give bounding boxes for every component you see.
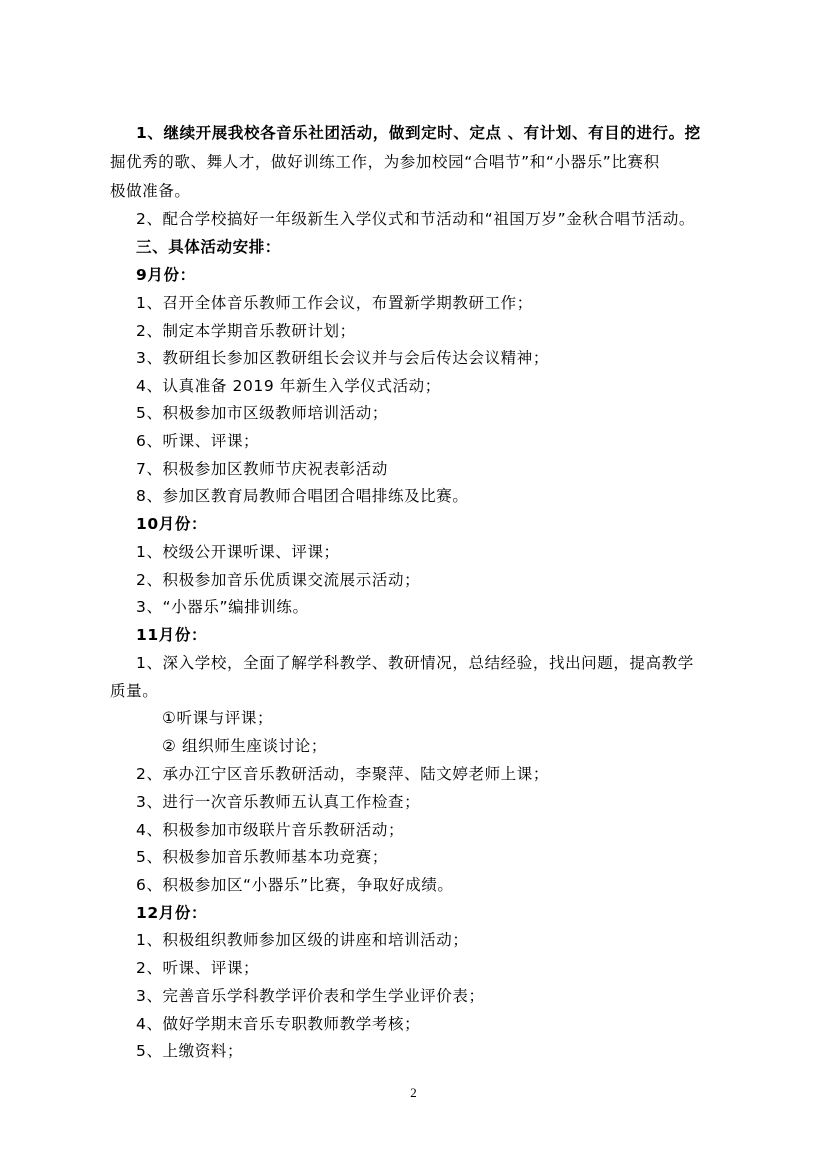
month-heading-october: 10月份：	[136, 514, 207, 534]
list-item: 5、上缴资料；	[136, 1041, 243, 1061]
list-item: 2、制定本学期音乐教研计划；	[136, 321, 356, 341]
paragraph-2: 2、配合学校搞好一年级新生入学仪式和节活动和“祖国万岁”金秋合唱节活动。	[136, 209, 695, 229]
list-item: 1、校级公开课听课、评课；	[136, 542, 340, 562]
month-heading-september: 9月份：	[136, 265, 196, 285]
list-item: 4、积极参加市级联片音乐教研活动；	[136, 820, 404, 840]
list-item: 1、深入学校，全面了解学科教学、教研情况，总结经验，找出问题，提高教学	[136, 653, 694, 673]
list-item: 6、听课、评课；	[136, 431, 259, 451]
sub-list-item: ①听课与评课；	[162, 708, 273, 728]
month-heading-december: 12月份：	[136, 903, 207, 923]
list-item: 3、完善音乐学科教学评价表和学生学业评价表；	[136, 986, 485, 1006]
page-number: 2	[0, 1085, 827, 1101]
paragraph-1-line-1: 1、继续开展我校各音乐社团活动，做到定时、定点 、有计划、有目的进行。挖	[136, 123, 701, 143]
list-item: 7、积极参加区教师节庆祝表彰活动	[136, 459, 388, 479]
paragraph-1-line-2: 掘优秀的歌、舞人才，做好训练工作，为参加校园“合唱节”和“小器乐”比赛积	[110, 152, 660, 172]
list-item: 4、做好学期末音乐专职教师教学考核；	[136, 1014, 420, 1034]
list-item: 8、参加区教育局教师合唱团合唱排练及比赛。	[136, 486, 468, 506]
list-item: 3、进行一次音乐教师五认真工作检查；	[136, 792, 420, 812]
list-item: 6、积极参加区“小器乐”比赛，争取好成绩。	[136, 875, 454, 895]
document-page: 1、继续开展我校各音乐社团活动，做到定时、定点 、有计划、有目的进行。挖 掘优秀…	[0, 0, 827, 1170]
list-item: 5、积极参加市区级教师培训活动；	[136, 403, 388, 423]
section-heading: 三、具体活动安排：	[136, 237, 281, 257]
list-item: 3、“小器乐”编排训练。	[136, 597, 309, 617]
list-item-continuation: 质量。	[110, 681, 158, 701]
month-heading-november: 11月份：	[136, 625, 207, 645]
list-item: 2、承办江宁区音乐教研活动，李聚萍、陆文婷老师上课；	[136, 764, 549, 784]
list-item: 1、召开全体音乐教师工作会议，布置新学期教研工作；	[136, 293, 533, 313]
list-item: 3、教研组长参加区教研组长会议并与会后传达会议精神；	[136, 348, 549, 368]
sub-list-item: ② 组织师生座谈讨论；	[162, 736, 327, 756]
list-item: 5、积极参加音乐教师基本功竞赛；	[136, 847, 388, 867]
list-item: 4、认真准备 2019 年新生入学仪式活动；	[136, 376, 441, 396]
paragraph-1-line-3: 极做准备。	[110, 181, 191, 201]
list-item: 2、积极参加音乐优质课交流展示活动；	[136, 570, 420, 590]
list-item: 2、听课、评课；	[136, 958, 259, 978]
list-item: 1、积极组织教师参加区级的讲座和培训活动；	[136, 930, 468, 950]
